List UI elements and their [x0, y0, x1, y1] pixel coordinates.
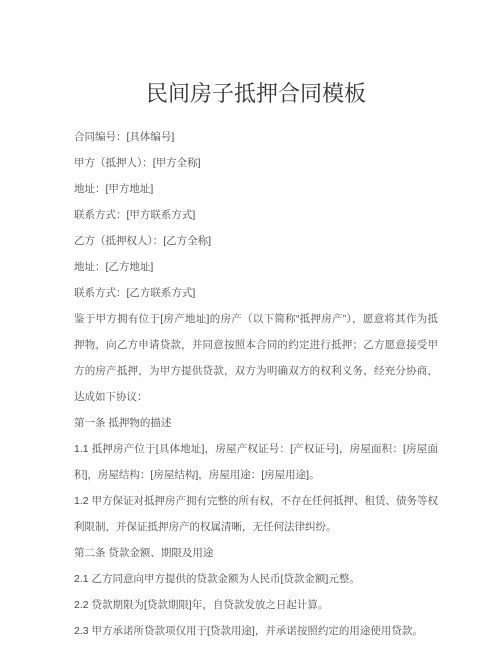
clause-1-1: 1.1 抵押房产位于[具体地址]，房屋产权证号：[产权证号]，房屋面积：[房屋面…	[74, 436, 438, 488]
section-1-heading: 第一条 抵押物的描述	[74, 410, 438, 436]
party-a-address-line: 地址：[甲方地址]	[74, 176, 438, 202]
clause-1-2: 1.2 甲方保证对抵押房产拥有完整的所有权，不存在任何抵押、租赁、债务等权利限制…	[74, 488, 438, 540]
contract-number-line: 合同编号：[具体编号]	[74, 124, 438, 150]
party-b-address-line: 地址：[乙方地址]	[74, 254, 438, 280]
clause-2-1: 2.1 乙方同意向甲方提供的贷款金额为人民币[贷款金额]元整。	[74, 566, 438, 592]
party-b-line: 乙方（抵押权人）：[乙方全称]	[74, 228, 438, 254]
party-b-contact-line: 联系方式：[乙方联系方式]	[74, 280, 438, 306]
clause-2-3: 2.3 甲方承诺所贷款项仅用于[贷款用途]，并承诺按照约定的用途使用贷款。	[74, 618, 438, 644]
contract-page: 民间房子抵押合同模板 合同编号：[具体编号] 甲方（抵押人）：[甲方全称] 地址…	[0, 0, 500, 657]
party-a-contact-line: 联系方式：[甲方联系方式]	[74, 202, 438, 228]
clause-2-2: 2.2 贷款期限为[贷款期限]年，自贷款发放之日起计算。	[74, 592, 438, 618]
section-2-heading: 第二条 贷款金额、期限及用途	[74, 540, 438, 566]
document-title: 民间房子抵押合同模板	[74, 80, 438, 108]
preamble-paragraph: 鉴于甲方拥有位于[房产地址]的房产（以下简称“抵押房产”），愿意将其作为抵押物，…	[74, 306, 438, 410]
party-a-line: 甲方（抵押人）：[甲方全称]	[74, 150, 438, 176]
